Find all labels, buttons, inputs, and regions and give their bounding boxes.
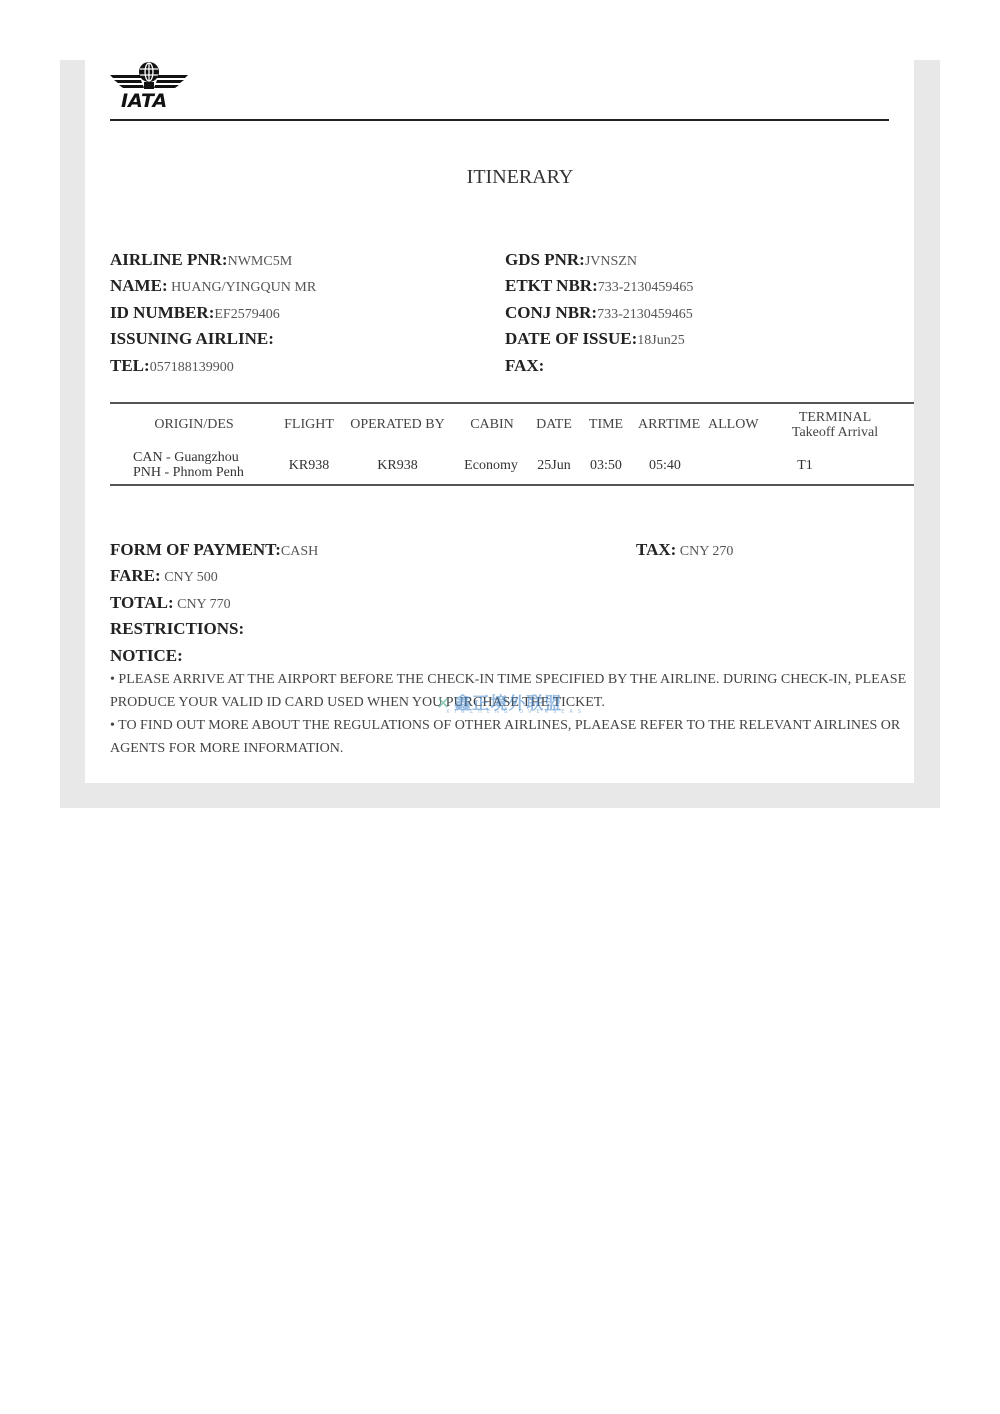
row-arrtime: 05:40 (636, 458, 694, 473)
fax-field: FAX: (505, 356, 544, 378)
name-label: NAME: (110, 276, 168, 295)
gds-pnr-label: GDS PNR: (505, 250, 585, 269)
page-title: ITINERARY (0, 166, 1000, 189)
notice-heading-field: NOTICE: (110, 646, 183, 667)
row-time: 03:50 (584, 458, 628, 473)
fare-label: FARE: (110, 566, 161, 585)
restrictions-label: RESTRICTIONS: (110, 619, 244, 638)
col-operated-by: OPERATED BY (350, 417, 445, 432)
row-date: 25Jun (532, 458, 576, 473)
col-arrtime: ARRTIME (638, 417, 700, 432)
id-number-label: ID NUMBER: (110, 303, 214, 322)
col-terminal-sub: Takeoff Arrival (770, 425, 900, 440)
id-number-field: ID NUMBER:EF2579406 (110, 303, 280, 325)
col-time: TIME (584, 417, 628, 432)
issuing-airline-label: ISSUNING AIRLINE: (110, 329, 274, 348)
conj-nbr-label: CONJ NBR: (505, 303, 597, 322)
tax-field: TAX: CNY 270 (636, 540, 733, 562)
col-terminal: TERMINAL (770, 410, 900, 425)
airline-pnr-value: NWMC5M (228, 254, 293, 269)
conj-nbr-value: 733-2130459465 (597, 307, 693, 322)
row-origin: CAN - Guangzhou (133, 450, 239, 465)
col-flight: FLIGHT (278, 417, 340, 432)
notice-line: AGENTS FOR MORE INFORMATION. (110, 737, 910, 760)
iata-logo-text: IATA (121, 92, 167, 111)
col-date: DATE (532, 417, 576, 432)
fare-field: FARE: CNY 500 (110, 566, 218, 588)
date-of-issue-label: DATE OF ISSUE: (505, 329, 637, 348)
etkt-nbr-field: ETKT NBR:733-2130459465 (505, 276, 693, 298)
airline-pnr-field: AIRLINE PNR:NWMC5M (110, 250, 292, 272)
issuing-airline-field: ISSUNING AIRLINE: (110, 329, 274, 351)
restrictions-field: RESTRICTIONS: (110, 619, 244, 640)
notice-line: • PLEASE ARRIVE AT THE AIRPORT BEFORE TH… (110, 668, 910, 691)
form-of-payment-label: FORM OF PAYMENT: (110, 540, 281, 559)
airline-pnr-label: AIRLINE PNR: (110, 250, 228, 269)
notice-line: PRODUCE YOUR VALID ID CARD USED WHEN YOU… (110, 691, 910, 714)
tel-value: 057188139900 (150, 360, 234, 375)
tel-field: TEL:057188139900 (110, 356, 234, 378)
table-bottom-rule (110, 484, 914, 486)
tax-label: TAX: (636, 540, 676, 559)
gds-pnr-value: JVNSZN (585, 254, 637, 269)
tax-value: CNY 270 (676, 544, 733, 559)
row-terminal: T1 (780, 458, 830, 473)
row-destination: PNH - Phnom Penh (133, 465, 244, 480)
col-allow: ALLOW (708, 417, 756, 432)
id-number-value: EF2579406 (214, 307, 279, 322)
fax-label: FAX: (505, 356, 544, 375)
notice-text: • PLEASE ARRIVE AT THE AIRPORT BEFORE TH… (110, 668, 910, 760)
notice-line: • TO FIND OUT MORE ABOUT THE REGULATIONS… (110, 714, 910, 737)
col-cabin: CABIN (462, 417, 522, 432)
form-of-payment-field: FORM OF PAYMENT:CASH (110, 540, 318, 562)
total-field: TOTAL: CNY 770 (110, 593, 231, 615)
notice-label: NOTICE: (110, 646, 183, 665)
form-of-payment-value: CASH (281, 544, 318, 559)
row-cabin: Economy (460, 458, 522, 473)
name-value: HUANG/YINGQUN MR (168, 280, 317, 295)
fare-value: CNY 500 (161, 570, 218, 585)
name-field: NAME: HUANG/YINGQUN MR (110, 276, 316, 298)
tel-label: TEL: (110, 356, 150, 375)
total-label: TOTAL: (110, 593, 174, 612)
row-flight: KR938 (278, 458, 340, 473)
gds-pnr-field: GDS PNR:JVNSZN (505, 250, 637, 272)
conj-nbr-field: CONJ NBR:733-2130459465 (505, 303, 693, 325)
date-of-issue-field: DATE OF ISSUE:18Jun25 (505, 329, 685, 351)
total-value: CNY 770 (174, 597, 231, 612)
col-origin-des: ORIGIN/DES (134, 417, 254, 432)
header-divider (110, 119, 889, 121)
table-top-rule (110, 402, 914, 404)
row-operated-by: KR938 (350, 458, 445, 473)
etkt-nbr-label: ETKT NBR: (505, 276, 598, 295)
etkt-nbr-value: 733-2130459465 (598, 280, 694, 295)
date-of-issue-value: 18Jun25 (637, 333, 684, 348)
